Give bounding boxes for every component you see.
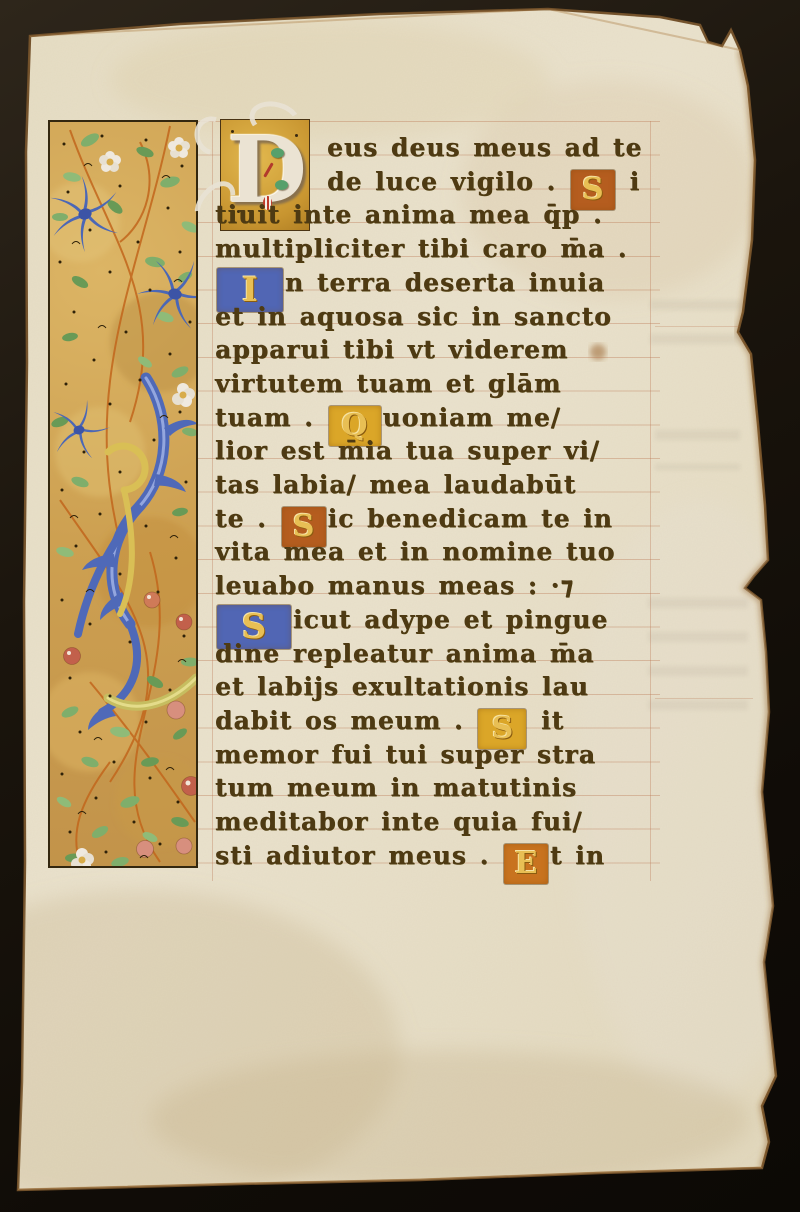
line-text: multipliciter tibi caro m̄a . bbox=[215, 234, 627, 263]
text-line-9: tuam . Quoniam me/ bbox=[215, 403, 561, 437]
text-line-4: multipliciter tibi caro m̄a . bbox=[215, 234, 627, 268]
line-text: ic benedicam te in bbox=[328, 504, 613, 533]
line-text: tum meum in matutinis bbox=[215, 773, 577, 802]
text-line-20: tum meum in matutinis bbox=[215, 773, 577, 807]
text-line-7: apparui tibi vt viderem bbox=[215, 335, 568, 369]
verso-show-through bbox=[648, 598, 748, 730]
text-line-6: et in aquosa sic in sancto bbox=[215, 302, 612, 336]
text-line-13: vita mea et in nomine tuo bbox=[215, 537, 615, 571]
illuminated-border bbox=[48, 120, 198, 868]
line-text: lior est m̄ia tua super vi/ bbox=[215, 436, 600, 465]
line-text: virtutem tuam et glām bbox=[215, 369, 561, 398]
line-text: tas labia/ mea laudabūt bbox=[215, 470, 576, 499]
line-text: n terra deserta inuia bbox=[285, 268, 605, 297]
text-line-5: In terra deserta inuia bbox=[215, 268, 605, 302]
line-text: sti adiutor meus . bbox=[215, 841, 502, 870]
line-text: it bbox=[528, 706, 564, 735]
line-text: i bbox=[617, 167, 640, 196]
text-line-8: virtutem tuam et glām bbox=[215, 369, 561, 403]
line-text: tiuit inte anima mea q̄p . bbox=[215, 200, 603, 229]
line-text: de luce vigilo . bbox=[327, 167, 569, 196]
line-text: eus deus meus ad te bbox=[327, 133, 642, 162]
line-text: dine repleatur anima m̄a bbox=[215, 639, 594, 668]
ruling-vertical-left bbox=[212, 121, 213, 881]
line-text: tuam . bbox=[215, 403, 327, 432]
text-line-22: sti adiutor meus . Et in bbox=[215, 841, 605, 875]
line-text: et in aquosa sic in sancto bbox=[215, 302, 612, 331]
text-line-16: dine repleatur anima m̄a bbox=[215, 639, 594, 673]
verso-show-through bbox=[650, 300, 742, 364]
text-line-10: lior est m̄ia tua super vi/ bbox=[215, 436, 600, 470]
line-text: apparui tibi vt viderem bbox=[215, 335, 568, 364]
text-line-1: eus deus meus ad te bbox=[215, 133, 642, 167]
text-column: eus deus meus ad tede luce vigilo . S it… bbox=[215, 133, 660, 893]
text-line-18: dabit os meum . S it bbox=[215, 706, 564, 740]
line-text: vita mea et in nomine tuo bbox=[215, 537, 615, 566]
line-text: t in bbox=[550, 841, 605, 870]
line-text: meditabor inte quia fui/ bbox=[215, 807, 583, 836]
text-line-15: Sicut adype et pingue bbox=[215, 605, 608, 639]
text-line-21: meditabor inte quia fui/ bbox=[215, 807, 583, 841]
text-line-3: tiuit inte anima mea q̄p . bbox=[215, 200, 603, 234]
verso-show-through bbox=[655, 430, 740, 470]
text-line-14: leuabo manus meas : ·⁊ bbox=[215, 571, 574, 605]
photo-background: D eus deus meus ad tede luce vigilo . S … bbox=[0, 0, 800, 1212]
text-line-11: tas labia/ mea laudabūt bbox=[215, 470, 576, 504]
line-text: te . bbox=[215, 504, 280, 533]
line-text: uoniam me/ bbox=[383, 403, 561, 432]
leaf-content: D eus deus meus ad tede luce vigilo . S … bbox=[0, 0, 800, 1212]
text-line-12: te . Sic benedicam te in bbox=[215, 504, 613, 538]
line-text: memor fui tui super stra bbox=[215, 740, 596, 769]
line-text: leuabo manus meas : ·⁊ bbox=[215, 571, 574, 600]
text-line-17: et labijs exultationis lau bbox=[215, 672, 589, 706]
line-text: icut adype et pingue bbox=[293, 605, 608, 634]
line-text: dabit os meum . bbox=[215, 706, 476, 735]
line-text: et labijs exultationis lau bbox=[215, 672, 589, 701]
gilded-versal-initial: E bbox=[504, 844, 548, 884]
text-line-2: de luce vigilo . S i bbox=[215, 167, 640, 201]
text-line-19: memor fui tui super stra bbox=[215, 740, 596, 774]
